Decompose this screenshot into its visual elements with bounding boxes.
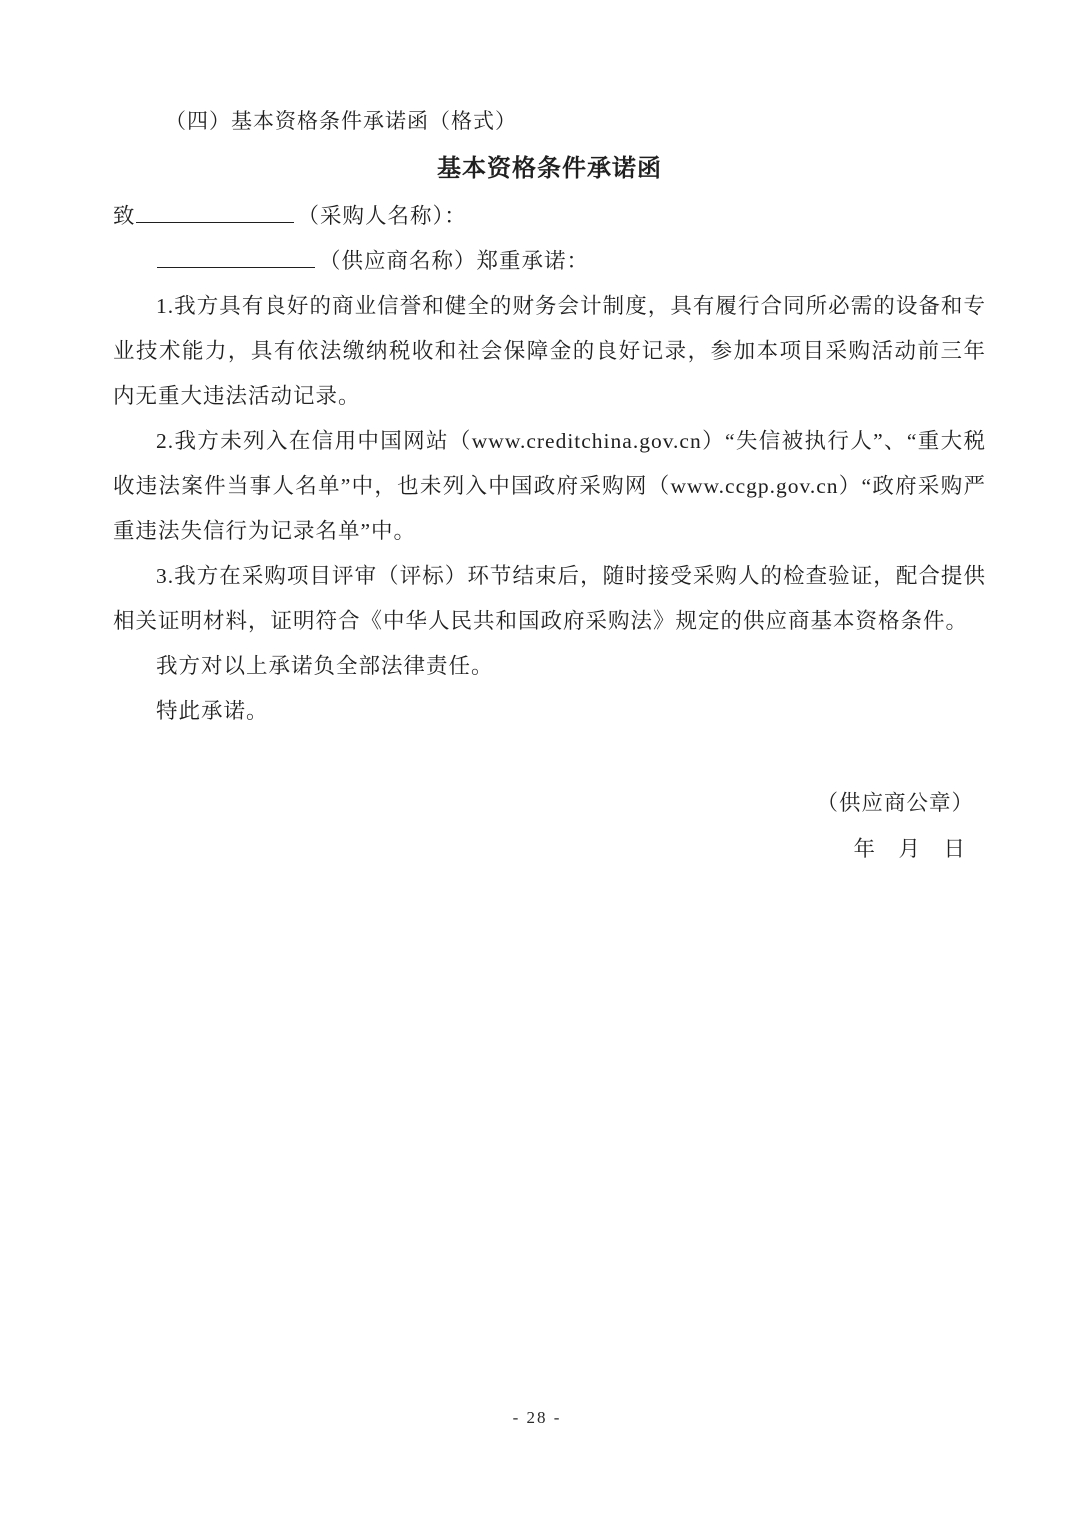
section-heading: （四）基本资格条件承诺函（格式） [113, 98, 986, 144]
addressee-suffix: （采购人名称）： [298, 204, 467, 228]
liability-statement: 我方对以上承诺负全部法律责任。 [113, 644, 986, 689]
supplier-seal-label: （供应商公章） [113, 780, 974, 826]
paragraph-3: 3.我方在采购项目评审（评标）环节结束后，随时接受采购人的检查验证，配合提供相关… [113, 554, 986, 644]
supplier-line: （供应商名称）郑重承诺： [113, 239, 986, 284]
document-content: （四）基本资格条件承诺函（格式） 基本资格条件承诺函 致（采购人名称）： （供应… [113, 98, 986, 872]
document-page: （四）基本资格条件承诺函（格式） 基本资格条件承诺函 致（采购人名称）： （供应… [0, 0, 1074, 1520]
page-title: 基本资格条件承诺函 [113, 144, 986, 194]
supplier-name-blank [157, 246, 315, 269]
addressee-prefix: 致 [113, 204, 136, 228]
hereby-promise-statement: 特此承诺。 [113, 689, 986, 734]
paragraph-1: 1.我方具有良好的商业信誉和健全的财务会计制度，具有履行合同所必需的设备和专业技… [113, 284, 986, 419]
signature-block: （供应商公章） 年 月 日 [113, 780, 986, 872]
purchaser-name-blank [136, 201, 294, 224]
date-line: 年 月 日 [113, 826, 974, 872]
supplier-suffix: （供应商名称）郑重承诺： [319, 249, 589, 273]
paragraph-2: 2.我方未列入在信用中国网站（www.creditchina.gov.cn）“失… [113, 419, 986, 554]
addressee-line: 致（采购人名称）： [113, 194, 986, 239]
page-number: - 28 - [0, 1408, 1074, 1428]
